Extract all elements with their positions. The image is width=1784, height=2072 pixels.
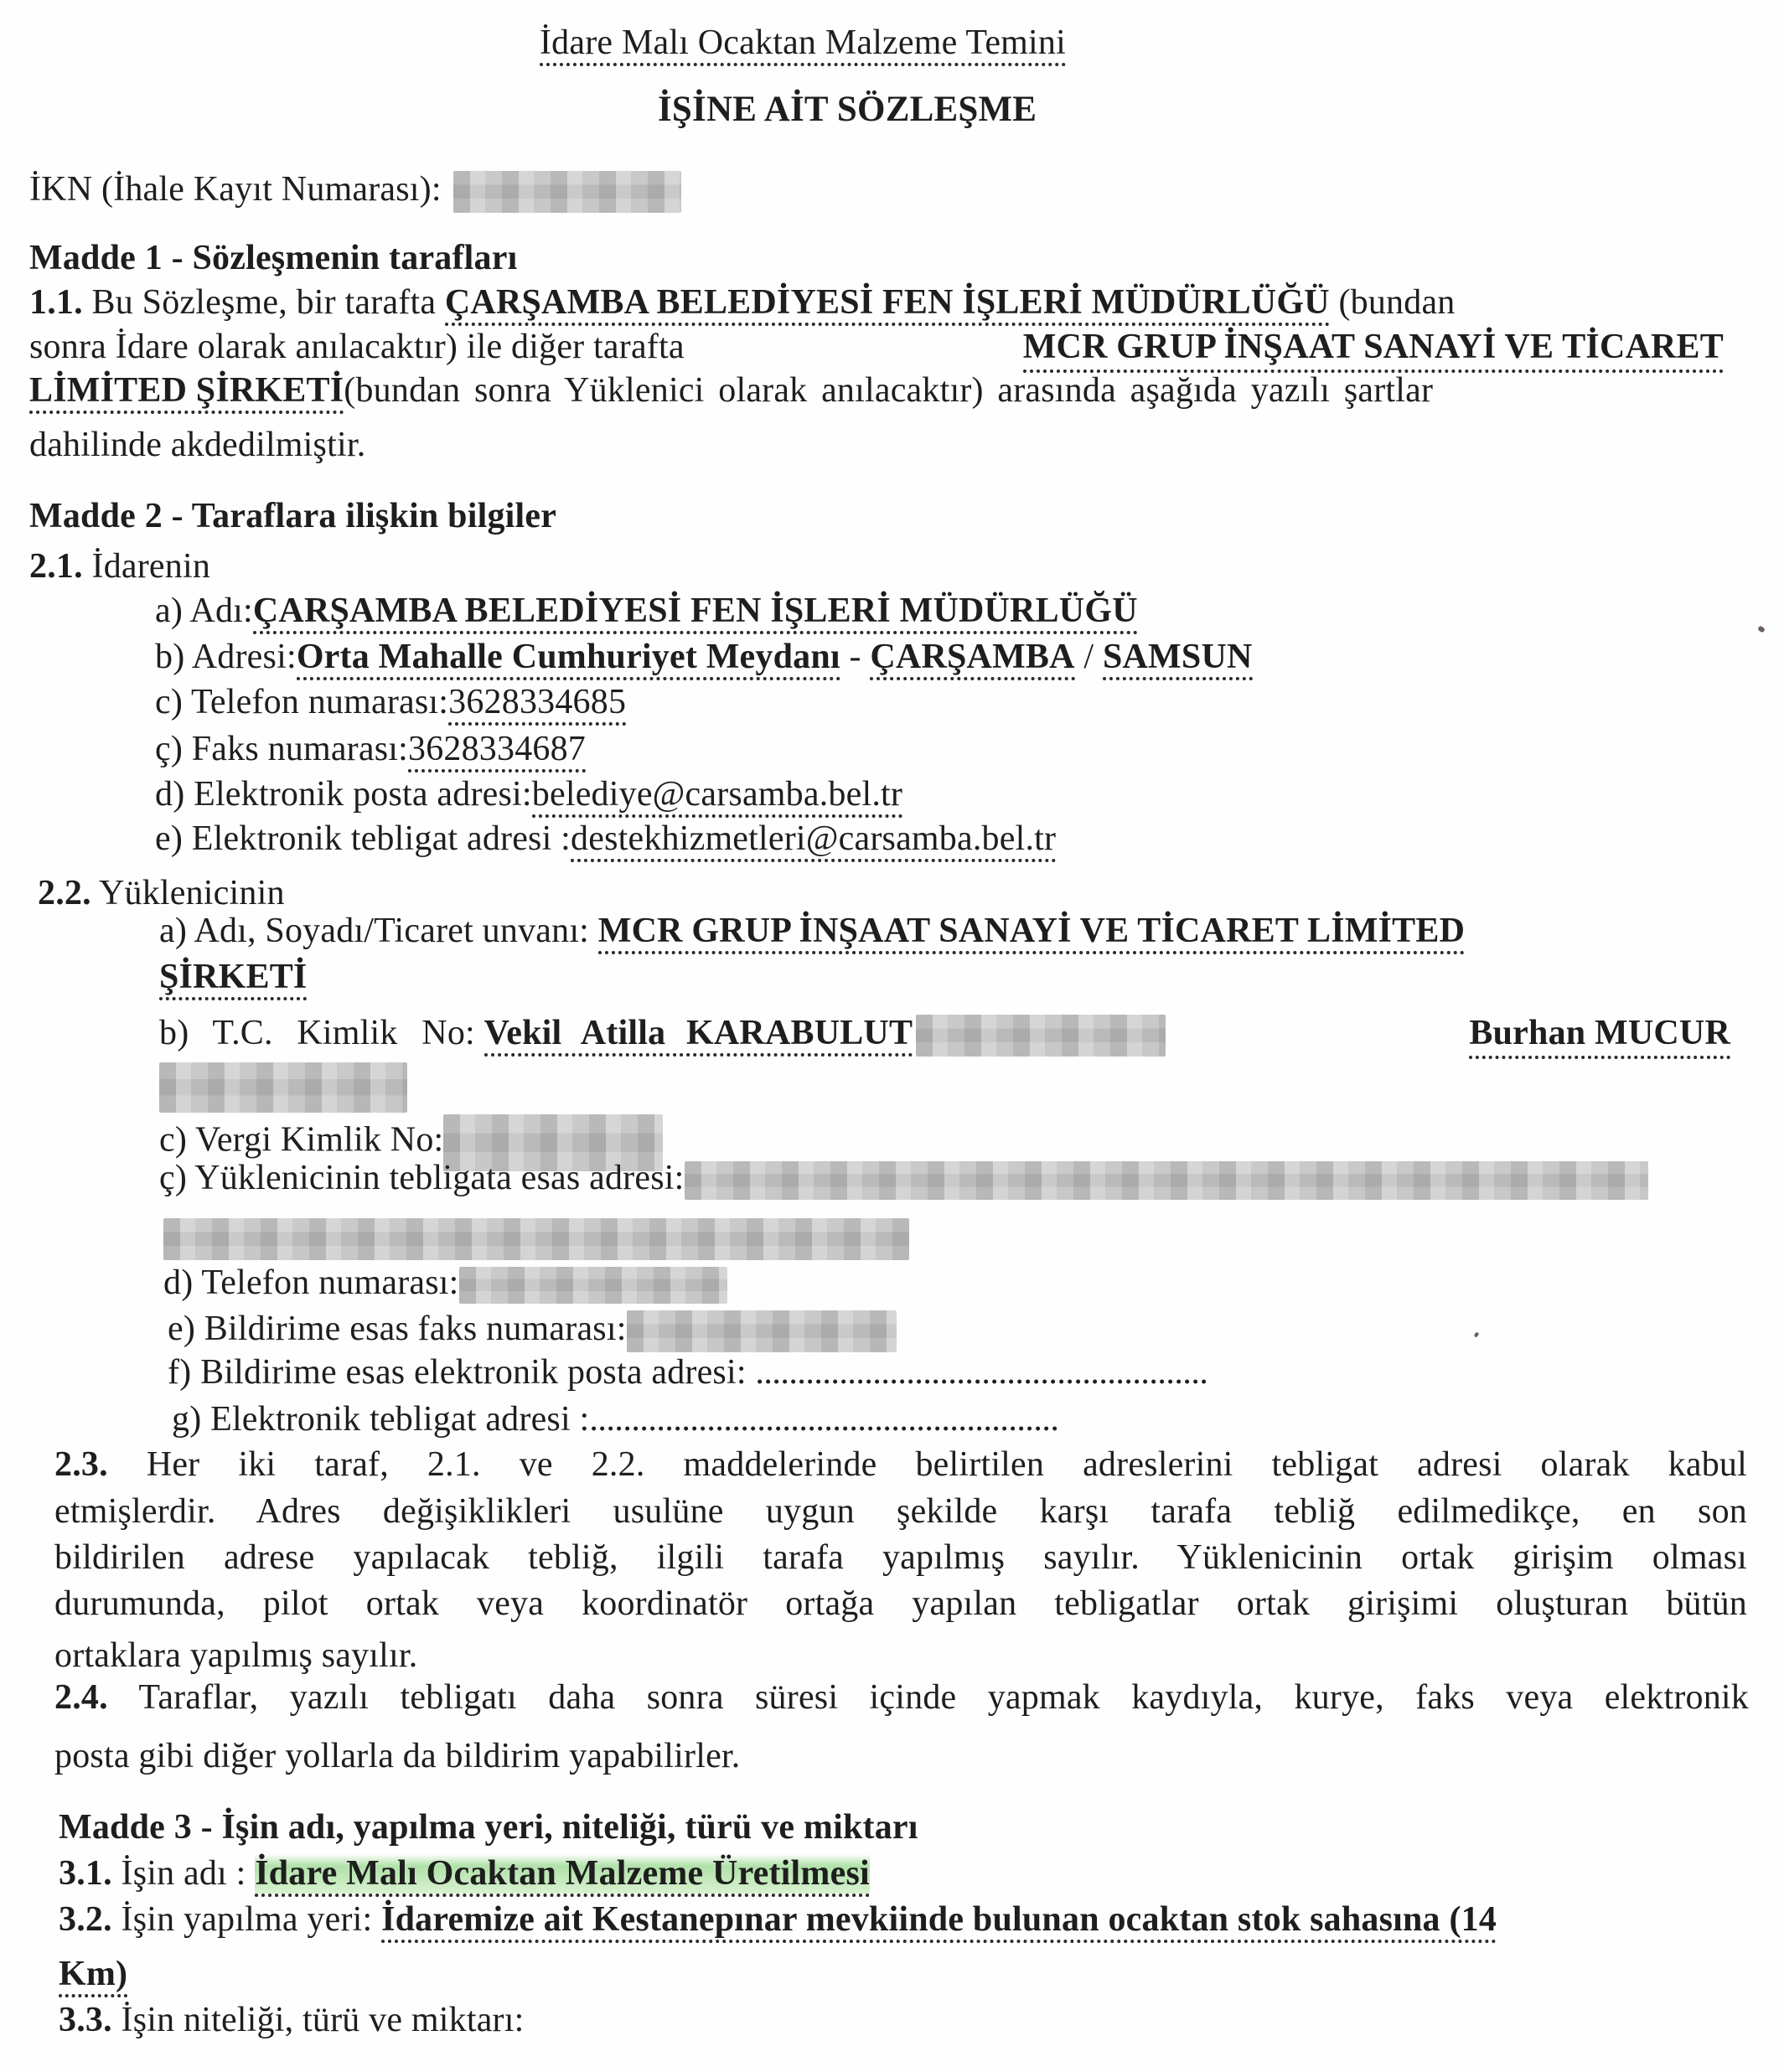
para-num: 3.2. xyxy=(59,1900,112,1939)
field-label: a) Adı: xyxy=(155,592,253,630)
para-num: 2.1. xyxy=(29,547,83,586)
para-num: 1.1. xyxy=(29,283,83,322)
para-num: 3.3. xyxy=(59,2001,112,2039)
address-redacted-2 xyxy=(163,1218,909,1260)
fax-redacted xyxy=(627,1310,897,1352)
madde1-line1: 1.1. Bu Sözleşme, bir tarafta ÇARŞAMBA B… xyxy=(29,281,1455,324)
idare-field-email: d) Elektronik posta adresi:belediye@cars… xyxy=(155,772,902,816)
text: Her iki taraf, 2.1. ve 2.2. maddelerinde… xyxy=(147,1445,1747,1484)
idare-name: ÇARŞAMBA BELEDİYESİ FEN İŞLERİ MÜDÜRLÜĞÜ xyxy=(445,283,1330,326)
idare-field-address: b) Adresi:Orta Mahalle Cumhuriyet Meydan… xyxy=(155,635,1253,679)
tc-redacted-2 xyxy=(159,1062,407,1113)
separator: / xyxy=(1075,638,1103,676)
field-value: Vekil Atilla KARABULUT xyxy=(484,1014,913,1057)
para-2-3-line3: bildirilen adrese yapılacak tebliğ, ilgi… xyxy=(54,1536,1747,1579)
document-title-line2: İŞİNE AİT SÖZLEŞME xyxy=(658,88,1037,132)
para-3-3: 3.3. İşin niteliği, türü ve miktarı: xyxy=(59,1998,524,2042)
text: Taraflar, yazılı tebligatı daha sonra sü… xyxy=(138,1678,1749,1717)
madde1-line3: LİMİTED ŞİRKETİ(bundan sonra Yüklenici o… xyxy=(29,369,1433,412)
madde1-line2: sonra İdare olarak anılacaktır) ile diğe… xyxy=(29,325,1724,369)
field-label: İşin adı : xyxy=(122,1854,246,1893)
madde3-heading: Madde 3 - İşin adı, yapılma yeri, niteli… xyxy=(59,1806,918,1849)
text: (bundan sonra Yüklenici olarak anılacakt… xyxy=(344,371,1433,410)
field-label: f) Bildirime esas elektronik posta adres… xyxy=(168,1353,747,1392)
scan-speck xyxy=(1757,625,1766,633)
field-label: ç) Yüklenicinin tebligata esas adresi: xyxy=(159,1159,685,1197)
para-num: 3.1. xyxy=(59,1854,112,1893)
field-value-cont: ŞİRKETİ xyxy=(159,958,307,1000)
field-value: ÇARŞAMBA BELEDİYESİ FEN İŞLERİ MÜDÜRLÜĞÜ xyxy=(253,592,1138,634)
work-location: İdaremize ait Kestanepınar mevkiinde bul… xyxy=(381,1900,1497,1943)
section-2-1-label: 2.1. İdarenin xyxy=(29,545,210,588)
madde1-heading: Madde 1 - Sözleşmenin tarafları xyxy=(29,236,517,280)
idare-field-name: a) Adı:ÇARŞAMBA BELEDİYESİ FEN İŞLERİ MÜ… xyxy=(155,589,1138,633)
para-num: 2.4. xyxy=(54,1678,108,1717)
yuklenici-field-e-tebligat: g) Elektronik tebligat adresi :.........… xyxy=(172,1398,1058,1441)
document-title-line1: İdare Malı Ocaktan Malzeme Temini xyxy=(540,21,1066,65)
field-value: belediye@carsamba.bel.tr xyxy=(532,775,902,818)
yuklenici-field-tc: b) T.C. Kimlik No: Vekil Atilla KARABULU… xyxy=(159,1011,1730,1057)
field-value: destekhizmetleri@carsamba.bel.tr xyxy=(571,819,1056,862)
contract-page: İdare Malı Ocaktan Malzeme Temini İŞİNE … xyxy=(0,0,1784,2072)
field-label: ç) Faks numarası: xyxy=(155,730,408,768)
field-value: 3628334685 xyxy=(448,683,626,726)
field-label: c) Vergi Kimlik No: xyxy=(159,1121,443,1160)
madde1-line4: dahilinde akdedilmiştir. xyxy=(29,423,365,467)
yuklenici-name-part2: LİMİTED ŞİRKETİ xyxy=(29,371,344,414)
para-2-3-line2: etmişlerdir. Adres değişiklikleri usulün… xyxy=(54,1490,1747,1533)
field-label: d) Elektronik posta adresi: xyxy=(155,775,532,814)
tc-redacted-1 xyxy=(916,1015,1166,1057)
scan-speck xyxy=(1474,1331,1480,1337)
para-3-2-cont: Km) xyxy=(59,1952,127,1996)
field-value-blank: ........................................… xyxy=(755,1353,1207,1392)
field-label: b) Adresi: xyxy=(155,638,297,676)
field-label: a) Adı, Soyadı/Ticaret unvanı: xyxy=(159,912,589,950)
field-value-blank: ........................................… xyxy=(589,1400,1058,1439)
para-2-3-line5: ortaklara yapılmış sayılır. xyxy=(54,1634,417,1677)
ikn-redacted-value xyxy=(453,171,681,213)
field-label: b) T.C. Kimlik No: xyxy=(159,1014,475,1052)
yuklenici-field-phone: d) Telefon numarası: xyxy=(163,1261,727,1305)
field-value: MCR GRUP İNŞAAT SANAYİ VE TİCARET LİMİTE… xyxy=(598,912,1465,954)
yuklenici-field-name: a) Adı, Soyadı/Ticaret unvanı: MCR GRUP … xyxy=(159,909,1465,953)
text: Bu Sözleşme, bir tarafta xyxy=(92,283,437,322)
yuklenici-field-name-cont: ŞİRKETİ xyxy=(159,955,307,999)
ikn-row: İKN (İhale Kayıt Numarası): xyxy=(29,168,681,213)
para-num: 2.3. xyxy=(54,1445,108,1484)
yuklenici-name-part1: MCR GRUP İNŞAAT SANAYİ VE TİCARET xyxy=(1023,325,1724,373)
para-2-3-line4: durumunda, pilot ortak veya koordinatör … xyxy=(54,1582,1747,1625)
field-value: 3628334687 xyxy=(408,730,586,772)
para-3-2: 3.2. İşin yapılma yeri: İdaremize ait Ke… xyxy=(59,1898,1750,1941)
field-value-province: SAMSUN xyxy=(1103,638,1253,680)
yuklenici-field-address: ç) Yüklenicinin tebligata esas adresi: xyxy=(159,1156,1648,1200)
phone-redacted xyxy=(459,1267,727,1304)
idare-field-e-tebligat: e) Elektronik tebligat adresi :destekhiz… xyxy=(155,817,1056,860)
field-value-city: ÇARŞAMBA xyxy=(870,638,1074,680)
ikn-label: İKN (İhale Kayıt Numarası): xyxy=(29,170,442,209)
separator: - xyxy=(840,638,871,676)
work-location-cont: Km) xyxy=(59,1955,127,1997)
address-redacted-1 xyxy=(685,1161,1648,1200)
text: sonra İdare olarak anılacaktır) ile diğe… xyxy=(29,328,685,366)
para-2-4-line2: posta gibi diğer yollarla da bildirim ya… xyxy=(54,1734,741,1778)
para-2-4-line1: 2.4. Taraflar, yazılı tebligatı daha son… xyxy=(54,1676,1749,1719)
field-label: İşin yapılma yeri: xyxy=(122,1900,373,1939)
para-num: 2.2. xyxy=(38,874,91,912)
yuklenici-field-tc-cont xyxy=(159,1062,407,1113)
madde2-heading: Madde 2 - Taraflara ilişkin bilgiler xyxy=(29,494,556,538)
field-label: İşin niteliği, türü ve miktarı: xyxy=(122,2001,525,2039)
field-value: Orta Mahalle Cumhuriyet Meydanı xyxy=(297,638,840,680)
para-3-1: 3.1. İşin adı : İdare Malı Ocaktan Malze… xyxy=(59,1852,870,1895)
field-label: d) Telefon numarası: xyxy=(163,1263,459,1302)
field-label: e) Elektronik tebligat adresi : xyxy=(155,819,571,858)
text: İdarenin xyxy=(92,547,211,586)
field-value-2: Burhan MUCUR xyxy=(1469,1011,1730,1059)
title-text: İdare Malı Ocaktan Malzeme Temini xyxy=(540,23,1066,66)
field-label: g) Elektronik tebligat adresi : xyxy=(172,1400,589,1439)
para-2-3-line1: 2.3. Her iki taraf, 2.1. ve 2.2. maddele… xyxy=(54,1443,1747,1486)
yuklenici-field-address-cont xyxy=(163,1215,909,1260)
field-label: e) Bildirime esas faks numarası: xyxy=(168,1310,627,1348)
yuklenici-field-email: f) Bildirime esas elektronik posta adres… xyxy=(168,1351,1207,1394)
yuklenici-field-fax: e) Bildirime esas faks numarası: xyxy=(168,1307,897,1352)
idare-field-phone: c) Telefon numarası:3628334685 xyxy=(155,680,626,724)
work-name-highlighted: İdare Malı Ocaktan Malzeme Üretilmesi xyxy=(255,1854,870,1897)
text: Yüklenicinin xyxy=(99,874,285,912)
text: (bundan xyxy=(1338,283,1455,322)
field-label: c) Telefon numarası: xyxy=(155,683,448,721)
idare-field-fax: ç) Faks numarası:3628334687 xyxy=(155,727,586,771)
